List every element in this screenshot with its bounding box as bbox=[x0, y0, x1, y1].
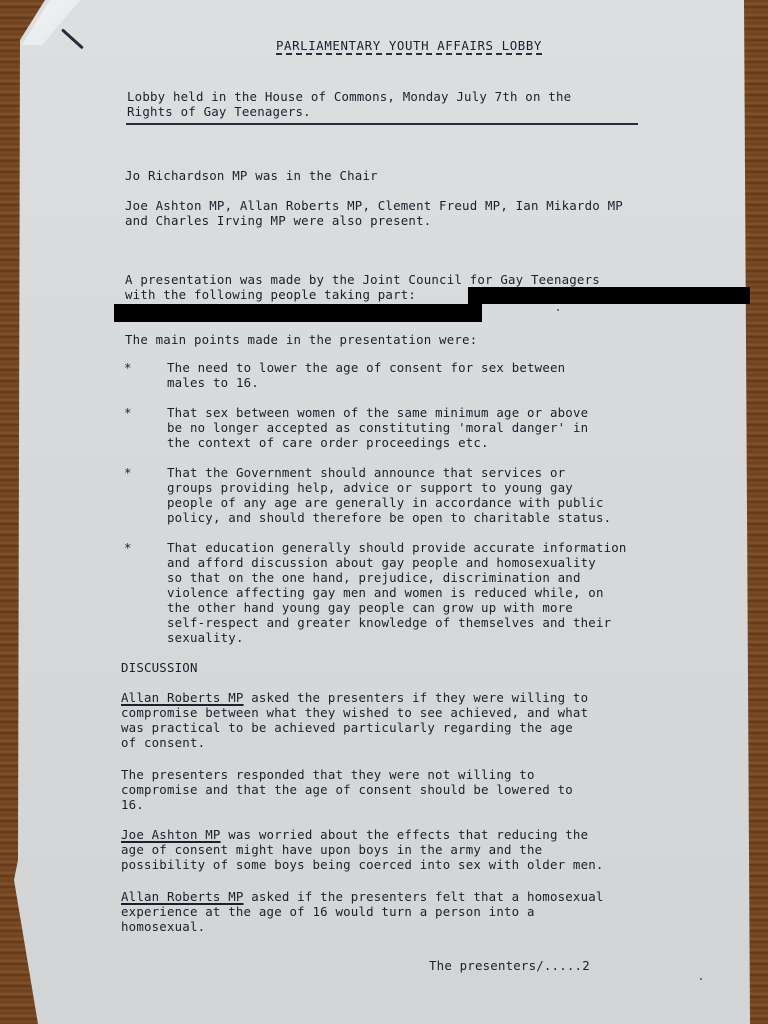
speaker-name: Joe Ashton MP bbox=[121, 827, 221, 842]
discussion-line: compromise and that the age of consent s… bbox=[121, 782, 573, 797]
redaction-bar bbox=[114, 304, 482, 322]
main-point-line: and afford discussion about gay people a… bbox=[167, 555, 596, 570]
main-point-line: males to 16. bbox=[167, 375, 259, 390]
discussion-paragraph: The presenters responded that they were … bbox=[121, 767, 535, 782]
present-line-1: Joe Ashton MP, Allan Roberts MP, Clement… bbox=[125, 198, 623, 213]
divider-rule bbox=[126, 123, 638, 125]
paper-speck bbox=[700, 978, 702, 980]
main-point-line: self-respect and greater knowledge of th… bbox=[167, 615, 611, 630]
main-point-line: policy, and should therefore be open to … bbox=[167, 510, 611, 525]
main-point-line: violence affecting gay men and women is … bbox=[167, 585, 604, 600]
redaction-bar bbox=[468, 287, 750, 304]
bullet-asterisk: * bbox=[124, 405, 132, 420]
main-point-line: be no longer accepted as constituting 'm… bbox=[167, 420, 588, 435]
discussion-paragraph: Allan Roberts MP asked if the presenters… bbox=[121, 889, 604, 904]
discussion-text: The presenters responded that they were … bbox=[121, 767, 535, 782]
bullet-asterisk: * bbox=[124, 360, 132, 375]
discussion-paragraph: Joe Ashton MP was worried about the effe… bbox=[121, 827, 588, 842]
discussion-line: experience at the age of 16 would turn a… bbox=[121, 904, 535, 919]
discussion-line: of consent. bbox=[121, 735, 205, 750]
main-point-line: the other hand young gay people can grow… bbox=[167, 600, 573, 615]
speaker-name: Allan Roberts MP bbox=[121, 889, 244, 904]
main-point-line: people of any age are generally in accor… bbox=[167, 495, 604, 510]
discussion-line: was practical to be achieved particularl… bbox=[121, 720, 573, 735]
present-line-2: and Charles Irving MP were also present. bbox=[125, 213, 431, 228]
bullet-asterisk: * bbox=[124, 465, 132, 480]
main-point-line: The need to lower the age of consent for… bbox=[167, 360, 565, 375]
discussion-paragraph: Allan Roberts MP asked the presenters if… bbox=[121, 690, 588, 705]
discussion-text: asked if the presenters felt that a homo… bbox=[244, 889, 604, 904]
main-point-line: That the Government should announce that… bbox=[167, 465, 565, 480]
discussion-text: was worried about the effects that reduc… bbox=[221, 827, 589, 842]
speaker-name: Allan Roberts MP bbox=[121, 690, 244, 705]
paper-speck bbox=[557, 309, 559, 311]
discussion-text: asked the presenters if they were willin… bbox=[244, 690, 589, 705]
discussion-line: 16. bbox=[121, 797, 144, 812]
presentation-line-2: with the following people taking part: bbox=[125, 287, 416, 302]
discussion-line: compromise between what they wished to s… bbox=[121, 705, 588, 720]
main-point-line: so that on the one hand, prejudice, disc… bbox=[167, 570, 581, 585]
main-point-line: the context of care order proceedings et… bbox=[167, 435, 489, 450]
main-point-line: groups providing help, advice or support… bbox=[167, 480, 573, 495]
discussion-line: age of consent might have upon boys in t… bbox=[121, 842, 542, 857]
bullet-asterisk: * bbox=[124, 540, 132, 555]
main-point-line: That sex between women of the same minim… bbox=[167, 405, 588, 420]
typewritten-document: PARLIAMENTARY YOUTH AFFAIRS LOBBY Lobby … bbox=[0, 0, 768, 1024]
continuation-note: The presenters/.....2 bbox=[429, 958, 590, 973]
document-title: PARLIAMENTARY YOUTH AFFAIRS LOBBY bbox=[276, 38, 542, 55]
main-point-line: That education generally should provide … bbox=[167, 540, 627, 555]
intro-line-2: Rights of Gay Teenagers. bbox=[127, 104, 311, 119]
discussion-heading: DISCUSSION bbox=[121, 660, 198, 675]
presentation-line-1: A presentation was made by the Joint Cou… bbox=[125, 272, 600, 287]
chair-line: Jo Richardson MP was in the Chair bbox=[125, 168, 378, 183]
discussion-line: homosexual. bbox=[121, 919, 205, 934]
main-point-line: sexuality. bbox=[167, 630, 244, 645]
intro-line-1: Lobby held in the House of Commons, Mond… bbox=[127, 89, 571, 104]
main-points-intro: The main points made in the presentation… bbox=[125, 332, 477, 347]
discussion-line: possibility of some boys being coerced i… bbox=[121, 857, 604, 872]
